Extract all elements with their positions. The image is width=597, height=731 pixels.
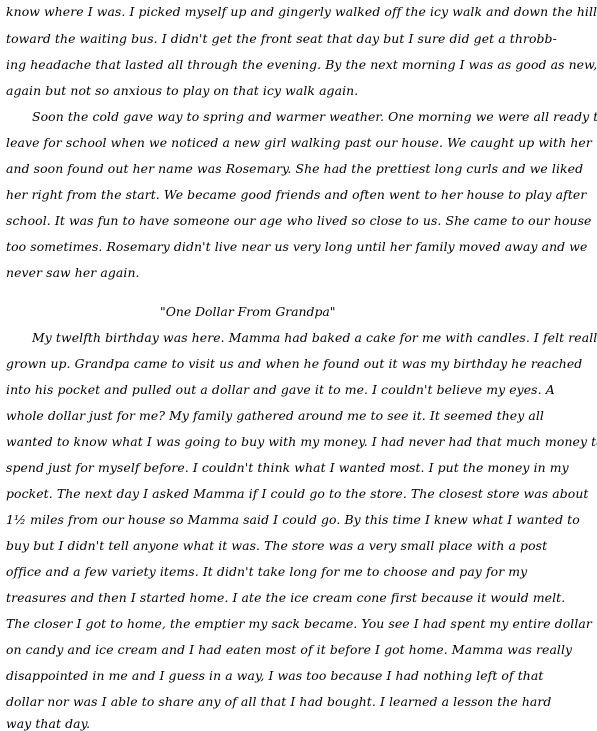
- text-line: buy but I didn't tell anyone what it was…: [6, 538, 547, 554]
- text-line: disappointed in me and I guess in a way,…: [6, 668, 543, 684]
- text-line: too sometimes. Rosemary didn't live near…: [6, 239, 587, 255]
- text-line: and soon found out her name was Rosemary…: [6, 161, 583, 177]
- text-line: whole dollar just for me? My family gath…: [6, 408, 544, 424]
- text-line: My twelfth birthday was here. Mamma had …: [32, 330, 597, 346]
- text-line: Soon the cold gave way to spring and war…: [32, 109, 597, 125]
- text-line: 1½ miles from our house so Mamma said I …: [6, 512, 580, 528]
- text-line: school. It was fun to have someone our a…: [6, 213, 591, 229]
- text-line: office and a few variety items. It didn'…: [6, 564, 527, 580]
- section-title: "One Dollar From Grandpa": [160, 304, 335, 319]
- text-line: know where I was. I picked myself up and…: [6, 4, 597, 20]
- text-line: spend just for myself before. I couldn't…: [6, 460, 569, 476]
- text-line: The closer I got to home, the emptier my…: [6, 616, 592, 632]
- text-line: grown up. Grandpa came to visit us and w…: [6, 356, 582, 372]
- text-line: treasures and then I started home. I ate…: [6, 590, 565, 606]
- text-line: again but not so anxious to play on that…: [6, 83, 358, 99]
- text-line: dollar nor was I able to share any of al…: [6, 694, 551, 710]
- text-line: way that day.: [6, 716, 90, 731]
- text-line: on candy and ice cream and I had eaten m…: [6, 642, 572, 658]
- text-line: wanted to know what I was going to buy w…: [6, 434, 597, 450]
- text-line: pocket. The next day I asked Mamma if I …: [6, 486, 588, 502]
- text-line: leave for school when we noticed a new g…: [6, 135, 592, 151]
- text-line: toward the waiting bus. I didn't get the…: [6, 31, 557, 47]
- text-line: never saw her again.: [6, 265, 140, 281]
- text-line: ing headache that lasted all through the…: [6, 57, 597, 73]
- text-line: into his pocket and pulled out a dollar …: [6, 382, 555, 398]
- text-line: her right from the start. We became good…: [6, 187, 586, 203]
